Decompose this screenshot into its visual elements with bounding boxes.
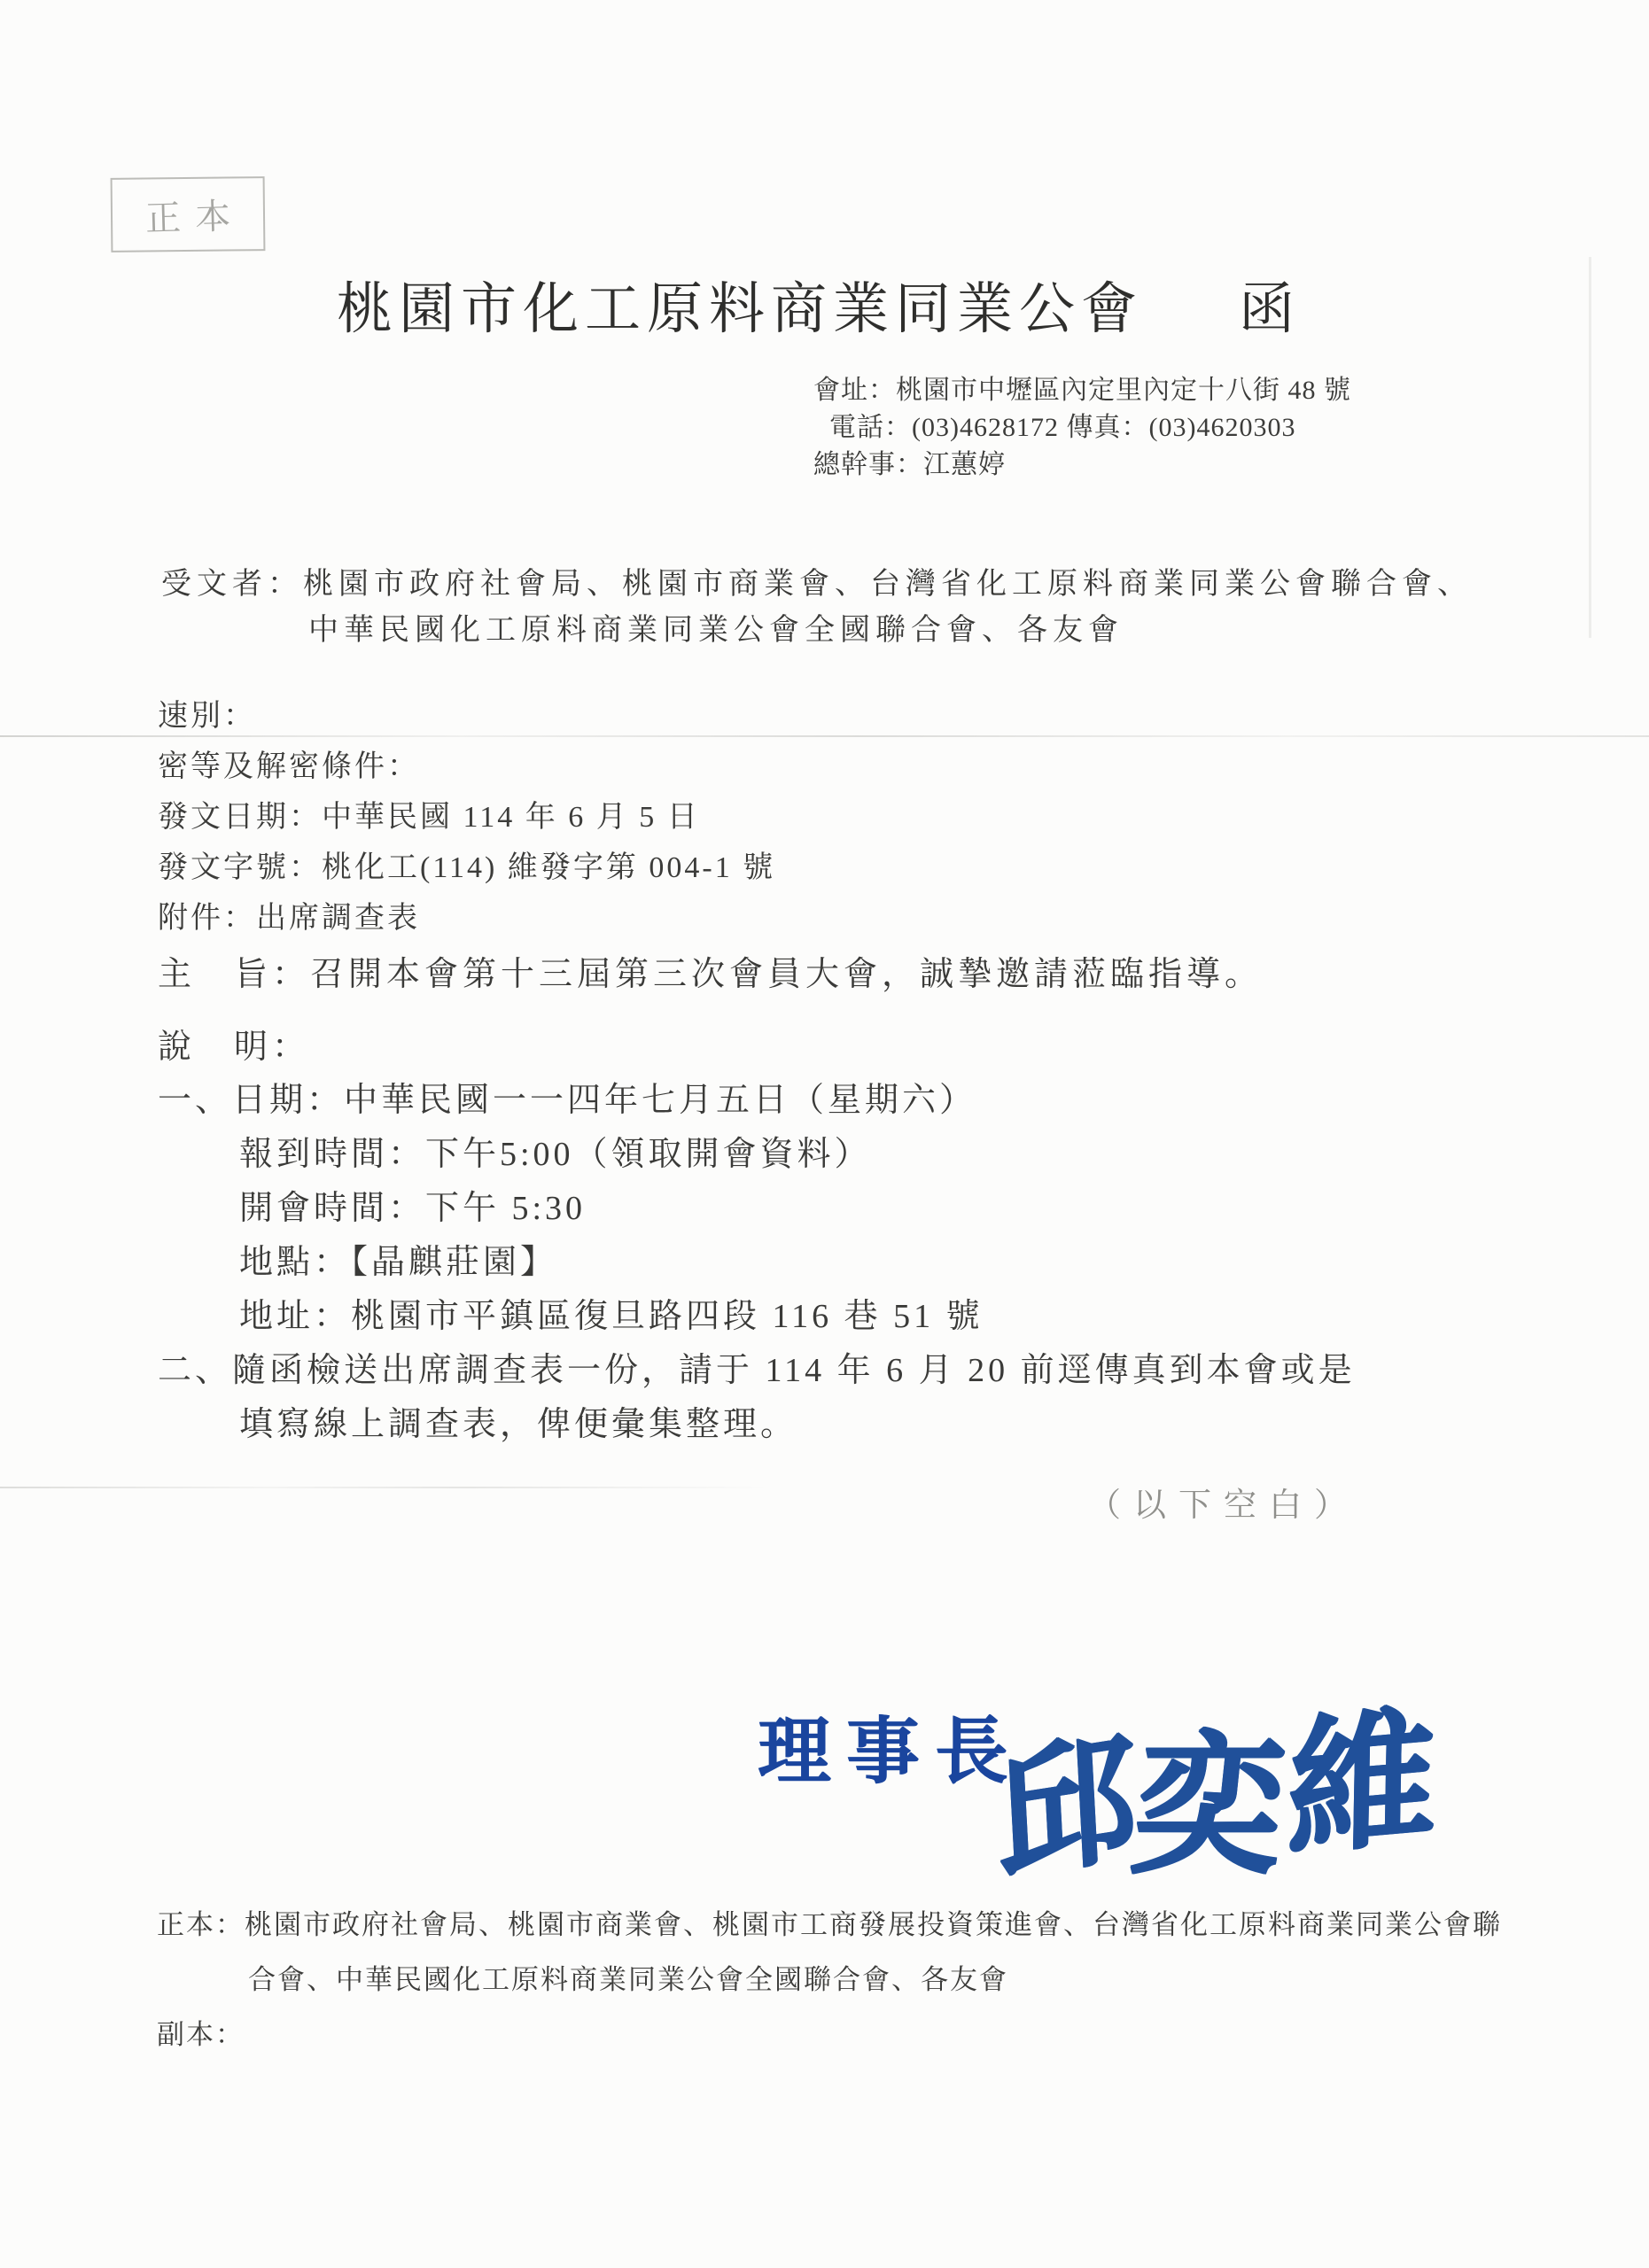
original-recipients-line-1: 正本：桃園市政府社會局、桃園市商業會、桃園市工商發展投資策進會、台灣省化工原料商…	[157, 1898, 1502, 1953]
body-item-venue-address: 地址：桃園市平鎮區復旦路四段 116 巷 51 號	[239, 1290, 1356, 1344]
signature-char-2: 奕	[1123, 1683, 1297, 1903]
body-item-checkin-time: 報到時間：下午5:00（領取開會資料）	[239, 1128, 1356, 1182]
body-item-meeting-time: 開會時間：下午 5:30	[239, 1182, 1356, 1236]
original-recipients-label: 正本：	[157, 1909, 245, 1940]
distribution-block: 正本：桃園市政府社會局、桃園市商業會、桃園市工商發展投資策進會、台灣省化工原料商…	[157, 1898, 1502, 2062]
original-copy-stamp-label: 正本	[130, 188, 245, 242]
org-phone-fax-line: 電話：(03)4628172 傳真：(03)4620303	[813, 409, 1351, 447]
org-address-line: 會址：桃園市中壢區內定里內定十八街 48 號	[813, 372, 1351, 409]
recipient-label: 受文者：	[161, 568, 303, 601]
scan-artifact-faint-line	[0, 1487, 771, 1488]
org-secretary-line: 總幹事：江蕙婷	[813, 447, 1351, 484]
body-item-venue: 地點：【晶麒莊園】	[239, 1236, 1356, 1290]
chairman-signature: 邱奕維	[987, 1663, 1443, 1898]
copy-recipients-label: 副本：	[157, 2008, 1502, 2062]
explanation-label: 說 明：	[158, 1019, 310, 1068]
recipient-line-1: 受文者：桃園市政府社會局、桃園市商業會、台灣省化工原料商業同業公會聯合會、	[161, 562, 1473, 608]
subject-line: 主 旨：召開本會第十三屆第三次會員大會，誠摯邀請蒞臨指導。	[158, 946, 1263, 995]
original-recipients-line-2: 合會、中華民國化工原料商業同業公會全國聯合會、各友會	[248, 1953, 1502, 2008]
body-item-date: 一、日期：中華民國一一四年七月五日（星期六）	[158, 1074, 1356, 1128]
original-recipients-part1: 桃園市政府社會局、桃園市商業會、桃園市工商發展投資策進會、台灣省化工原料商業同業…	[245, 1909, 1502, 1940]
body-item-survey-request-cont: 填寫線上調查表，俾便彙集整理。	[239, 1398, 1356, 1452]
meta-reference-number-line: 發文字號：桃化工(114) 維發字第 004-1 號	[158, 843, 775, 893]
recipient-list-part1: 桃園市政府社會局、桃園市商業會、台灣省化工原料商業同業公會聯合會、	[303, 568, 1473, 601]
issuing-org-name: 桃園市化工原料商業同業公會	[337, 278, 1143, 340]
subject-text: 召開本會第十三屆第三次會員大會，誠摯邀請蒞臨指導。	[310, 956, 1263, 993]
scanned-letter-page: 正本 桃園市化工原料商業同業公會函 會址：桃園市中壢區內定里內定十八街 48 號…	[0, 0, 1649, 2268]
meta-priority-line: 速別：	[158, 691, 775, 742]
meta-classification-line: 密等及解密條件：	[158, 742, 775, 792]
recipient-line-2: 中華民國化工原料商業同業公會全國聯合會、各友會	[308, 608, 1473, 654]
signature-char-1: 邱	[990, 1685, 1140, 1907]
signature-char-3: 維	[1286, 1658, 1439, 1885]
blank-below-note: （以下空白）	[1088, 1478, 1359, 1526]
explanation-body: 一、日期：中華民國一一四年七月五日（星期六） 報到時間：下午5:00（領取開會資…	[158, 1074, 1356, 1452]
recipient-block: 受文者：桃園市政府社會局、桃園市商業會、台灣省化工原料商業同業公會聯合會、 中華…	[161, 562, 1473, 654]
org-contact-info: 會址：桃園市中壢區內定里內定十八街 48 號 電話：(03)4628172 傳真…	[813, 372, 1351, 484]
document-meta-block: 速別： 密等及解密條件： 發文日期：中華民國 114 年 6 月 5 日 發文字…	[158, 691, 775, 944]
original-copy-stamp-box: 正本	[111, 176, 266, 252]
meta-issue-date-line: 發文日期：中華民國 114 年 6 月 5 日	[158, 792, 775, 843]
document-type-label: 函	[1239, 278, 1301, 340]
meta-attachment-line: 附件：出席調查表	[158, 893, 775, 944]
chairman-title-label: 理事長	[758, 1694, 1023, 1798]
subject-label: 主 旨：	[158, 956, 310, 993]
body-item-survey-request: 二、隨函檢送出席調查表一份，請于 114 年 6 月 20 前逕傳真到本會或是	[158, 1344, 1356, 1398]
document-title: 桃園市化工原料商業同業公會函	[337, 264, 1301, 345]
scan-artifact-edge-streak	[1589, 257, 1591, 638]
